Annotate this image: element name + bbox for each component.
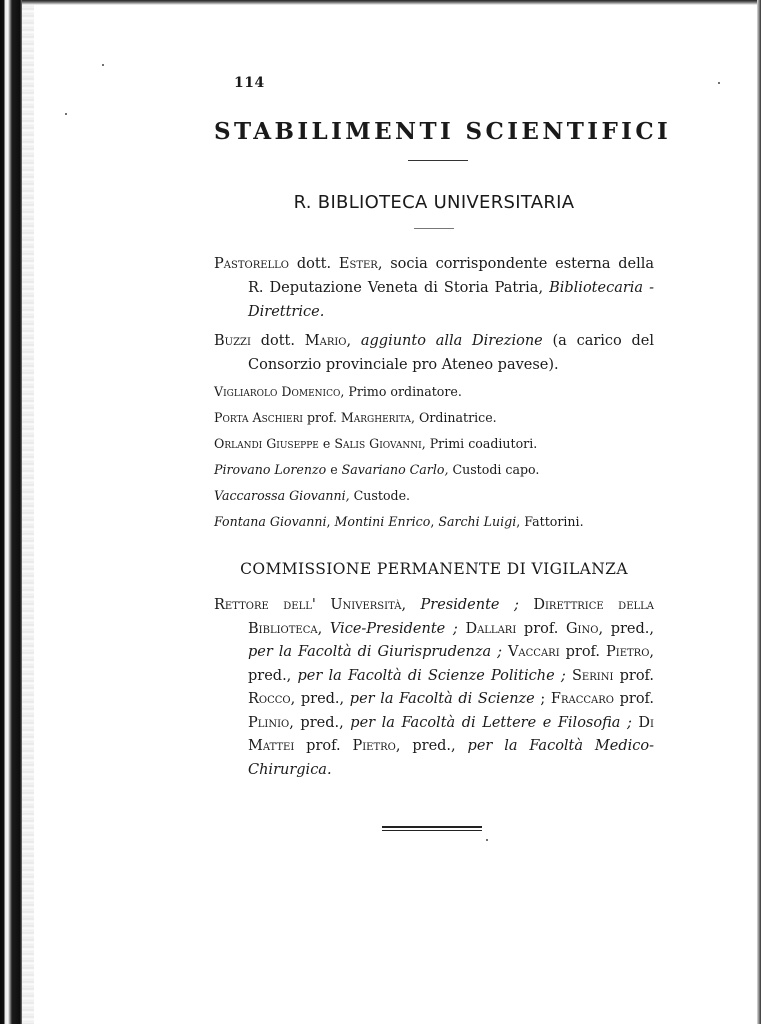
staff-title: dott.: [297, 256, 331, 272]
member-role: per la Facoltà di Scienze: [350, 691, 535, 707]
scan-speck: [486, 839, 488, 841]
staff-first-name: Mario: [305, 333, 347, 349]
staff-first-name: Domenico: [281, 384, 340, 399]
staff-entry-pastorello: Pastorello dott. Ester, socia corrispond…: [214, 252, 654, 324]
member-name: Vaccari: [508, 644, 560, 660]
member-text: prof.: [613, 668, 654, 684]
member-text: [519, 597, 533, 613]
member-role: per la Facoltà di Giurisprudenza ;: [248, 644, 502, 660]
scanned-page: 114 STABILIMENTI SCIENTIFICI R. BIBLIOTE…: [0, 0, 761, 1024]
staff-entry-vaccarossa: Vaccarossa Giovanni, Custode.: [214, 486, 654, 506]
member-text: ;: [535, 691, 551, 707]
conjunction: e: [323, 436, 330, 451]
staff-role: , Ordinatrice.: [411, 410, 497, 425]
staff-role: , Primi coadiutori.: [422, 436, 538, 451]
commission-heading: COMMISSIONE PERMANENTE DI VIGILANZA: [214, 560, 654, 578]
member-name: Plinio: [248, 715, 289, 731]
staff-role: , Fattorini.: [516, 514, 583, 529]
staff-name: Pirovano Lorenzo: [214, 462, 326, 477]
staff-entry-porta-aschieri: Porta Aschieri prof. Margherita, Ordinat…: [214, 408, 654, 428]
end-ornament-rule: [382, 826, 482, 832]
staff-entry-vigliarolo: Vigliarolo Domenico, Primo ordinatore.: [214, 382, 654, 402]
member-text: , pred.,: [289, 715, 350, 731]
page-number: 114: [234, 75, 265, 91]
scan-speck: [65, 113, 67, 115]
staff-name: Salis Giovanni: [334, 436, 421, 451]
member-text: , pred.,: [396, 738, 468, 754]
staff-title: dott.: [261, 333, 295, 349]
member-text: prof.: [516, 621, 566, 637]
member-text: ,: [318, 621, 330, 637]
member-role: Presidente ;: [421, 597, 519, 613]
member-name: Pietro: [352, 738, 395, 754]
staff-surname: Vigliarolo: [214, 384, 277, 399]
staff-surname: Pastorello: [214, 256, 289, 272]
member-name: Fraccaro: [551, 691, 614, 707]
title-divider: [408, 160, 468, 161]
member-text: prof.: [294, 738, 352, 754]
staff-role: Custodi capo.: [452, 462, 539, 477]
staff-name: Savariano Carlo,: [342, 462, 449, 477]
staff-entry-buzzi: Buzzi dott. Mario, aggiunto alla Direzio…: [214, 329, 654, 377]
member-text: , pred.,: [598, 621, 654, 637]
staff-entry-fattorini: Fontana Giovanni, Montini Enrico, Sarchi…: [214, 512, 654, 532]
member-text: prof.: [560, 644, 606, 660]
library-heading: R. BIBLIOTECA UNIVERSITARIA: [214, 192, 654, 213]
staff-name: Montini Enrico: [335, 514, 431, 529]
staff-entry-orlandi-salis: Orlandi Giuseppe e Salis Giovanni, Primi…: [214, 434, 654, 454]
staff-first-name: Ester: [339, 256, 378, 272]
member-name: Serini: [572, 668, 613, 684]
member-name: Dallari: [465, 621, 516, 637]
separator: ,: [326, 514, 334, 529]
staff-role: Custode.: [354, 488, 410, 503]
separator: ,: [347, 333, 361, 349]
staff-name: Fontana Giovanni: [214, 514, 326, 529]
member-name: Rocco: [248, 691, 291, 707]
member-role: Vice-Presidente ;: [330, 621, 458, 637]
library-heading-divider: [414, 228, 454, 229]
staff-role: aggiunto alla Direzione: [361, 333, 543, 349]
member-name: Rettore dell' Università: [214, 597, 401, 613]
staff-title: prof.: [307, 410, 337, 425]
member-name: Pietro: [606, 644, 649, 660]
staff-entry-pirovano-savariano: Pirovano Lorenzo e Savariano Carlo, Cust…: [214, 460, 654, 480]
staff-surname: Porta Aschieri: [214, 410, 303, 425]
staff-name: Sarchi Luigi: [438, 514, 516, 529]
member-text: , pred.,: [291, 691, 350, 707]
member-name: Gino: [566, 621, 598, 637]
member-text: prof.: [614, 691, 654, 707]
page-title: STABILIMENTI SCIENTIFICI: [214, 118, 654, 145]
scan-speck: [718, 82, 720, 84]
staff-name: Vaccarossa Giovanni,: [214, 488, 350, 503]
member-text: ,: [401, 597, 420, 613]
member-role: per la Facoltà di Lettere e Filosofia ;: [350, 715, 632, 731]
staff-surname: Buzzi: [214, 333, 251, 349]
member-role: per la Facoltà di Scienze Politiche ;: [298, 668, 566, 684]
commission-members: Rettore dell' Università, Presidente ; D…: [214, 594, 654, 782]
conjunction: e: [330, 462, 337, 477]
staff-role: , Primo ordinatore.: [340, 384, 462, 399]
staff-first-name: Margherita: [341, 410, 411, 425]
scan-speck: [102, 64, 104, 66]
staff-name: Orlandi Giuseppe: [214, 436, 319, 451]
